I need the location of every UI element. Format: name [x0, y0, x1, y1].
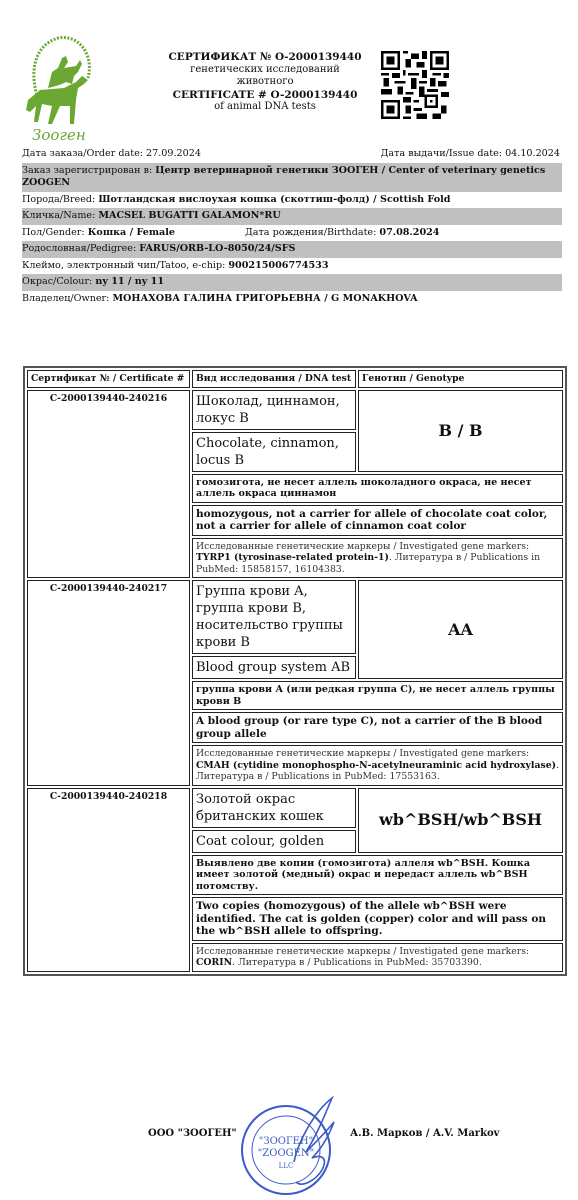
gene-markers: Исследованные генетические маркеры / Inv…: [192, 538, 563, 579]
certificate-subtitle-ru-1: генетических исследований: [150, 64, 380, 77]
gender-value: Кошка / Female: [88, 227, 175, 238]
chip-value: 900215006774533: [228, 260, 328, 271]
breed-value: Шотландская вислоухая кошка (скоттиш-фол…: [98, 194, 450, 205]
certificate-title-ru: СЕРТИФИКАТ № О-2000139440: [150, 51, 380, 64]
organization-name: ООО "ЗООГЕН": [148, 1128, 237, 1139]
dates-row: Дата заказа/Order date: 27.09.2024 Дата …: [22, 146, 562, 163]
results-table: Сертификат № / Certificate # Вид исследо…: [23, 366, 567, 976]
result-description-ru: группа крови A (или редкая группа C), не…: [192, 681, 563, 710]
table-row: C-2000139440-240216 Шоколад, циннамон, л…: [27, 390, 563, 430]
table-row: C-2000139440-240217 Группа крови A, груп…: [27, 580, 563, 654]
name-row: Кличка/Name: MACSEL BUGATTI GALAMON*RU: [22, 208, 562, 225]
certificate-subtitle-en: of animal DNA tests: [150, 101, 380, 114]
signature-footer: ООО "ЗООГЕН" "ЗООГЕН" "ZOOGEN" LLC А.В. …: [0, 1090, 578, 1200]
colour-row: Окрас/Colour: ny 11 / ny 11: [22, 274, 562, 291]
svg-text:"ЗООГЕН": "ЗООГЕН": [259, 1136, 313, 1147]
pedigree-row: Родословная/Pedigree: FARUS/ORB-LO-8050/…: [22, 241, 562, 258]
gene-markers: Исследованные генетические маркеры / Inv…: [192, 943, 563, 972]
genotype-value: AA: [358, 580, 563, 679]
genotype-value: wb^BSH/wb^BSH: [358, 788, 563, 853]
birthdate-value: 07.08.2024: [379, 227, 439, 238]
genotype-value: B / B: [358, 390, 563, 472]
test-name-ru: Группа крови A, группа крови B, носитель…: [192, 580, 356, 654]
certificate-number: C-2000139440-240216: [27, 390, 190, 579]
svg-text:Зооген: Зооген: [32, 126, 86, 144]
owner-value: МОНАХОВА ГАЛИНА ГРИГОРЬЕВНА / G MONAKHOV…: [112, 293, 417, 304]
certificate-subtitle-ru-2: животного: [150, 76, 380, 89]
signer-name: А.В. Марков / A.V. Markov: [350, 1128, 499, 1139]
result-description-en: Two copies (homozygous) of the allele wb…: [192, 897, 563, 941]
registered-row: Заказ зарегистрирован в: Центр ветеринар…: [22, 163, 562, 192]
colour-value: ny 11 / ny 11: [95, 276, 164, 287]
result-description-ru: Выявлено две копии (гомозигота) аллеля w…: [192, 855, 563, 896]
header-genotype: Генотип / Genotype: [358, 370, 563, 388]
certificate-title-en: CERTIFICATE # O-2000139440: [150, 89, 380, 102]
header-dna-test: Вид исследования / DNA test: [192, 370, 356, 388]
test-name-ru: Шоколад, циннамон, локус B: [192, 390, 356, 430]
order-date: Дата заказа/Order date: 27.09.2024: [22, 148, 201, 161]
issue-date: Дата выдачи/Issue date: 04.10.2024: [381, 148, 560, 161]
gene-markers: Исследованные генетические маркеры / Inv…: [192, 745, 563, 786]
header-certificate: Сертификат № / Certificate #: [27, 370, 190, 388]
result-description-ru: гомозигота, не несет аллель шоколадного …: [192, 474, 563, 503]
test-name-ru: Золотой окрас британских кошек: [192, 788, 356, 828]
chip-row: Клеймо, электронный чип/Tatoo, e-chip: 9…: [22, 258, 562, 275]
owner-row: Владелец/Owner: МОНАХОВА ГАЛИНА ГРИГОРЬЕ…: [22, 291, 562, 308]
test-name-en: Chocolate, cinnamon, locus B: [192, 432, 356, 472]
order-info: Дата заказа/Order date: 27.09.2024 Дата …: [22, 146, 562, 307]
pedigree-value: FARUS/ORB-LO-8050/24/SFS: [139, 243, 295, 254]
qr-code-icon[interactable]: [381, 50, 449, 120]
certificate-number: C-2000139440-240217: [27, 580, 190, 786]
certificate-title-block: СЕРТИФИКАТ № О-2000139440 генетических и…: [150, 51, 380, 114]
test-name-en: Blood group system AB: [192, 656, 356, 679]
zoogen-logo-icon: Зооген: [18, 26, 98, 144]
certificate-number: C-2000139440-240218: [27, 788, 190, 972]
result-description-en: homozygous, not a carrier for allele of …: [192, 505, 563, 536]
certificate-header: Зооген СЕРТИФИКАТ № О-2000139440 генетич…: [0, 0, 578, 145]
svg-text:LLC: LLC: [279, 1162, 294, 1170]
test-name-en: Coat colour, golden: [192, 830, 356, 853]
gender-row: Пол/Gender: Кошка / Female Дата рождения…: [22, 225, 562, 242]
result-description-en: A blood group (or rare type C), not a ca…: [192, 712, 563, 743]
svg-text:"ZOOGEN": "ZOOGEN": [258, 1148, 315, 1159]
table-row: C-2000139440-240218 Золотой окрас британ…: [27, 788, 563, 828]
table-header-row: Сертификат № / Certificate # Вид исследо…: [27, 370, 563, 388]
name-value: MACSEL BUGATTI GALAMON*RU: [98, 210, 280, 221]
company-stamp-icon: "ЗООГЕН" "ZOOGEN" LLC: [236, 1092, 346, 1200]
breed-row: Порода/Breed: Шотландская вислоухая кошк…: [22, 192, 562, 209]
